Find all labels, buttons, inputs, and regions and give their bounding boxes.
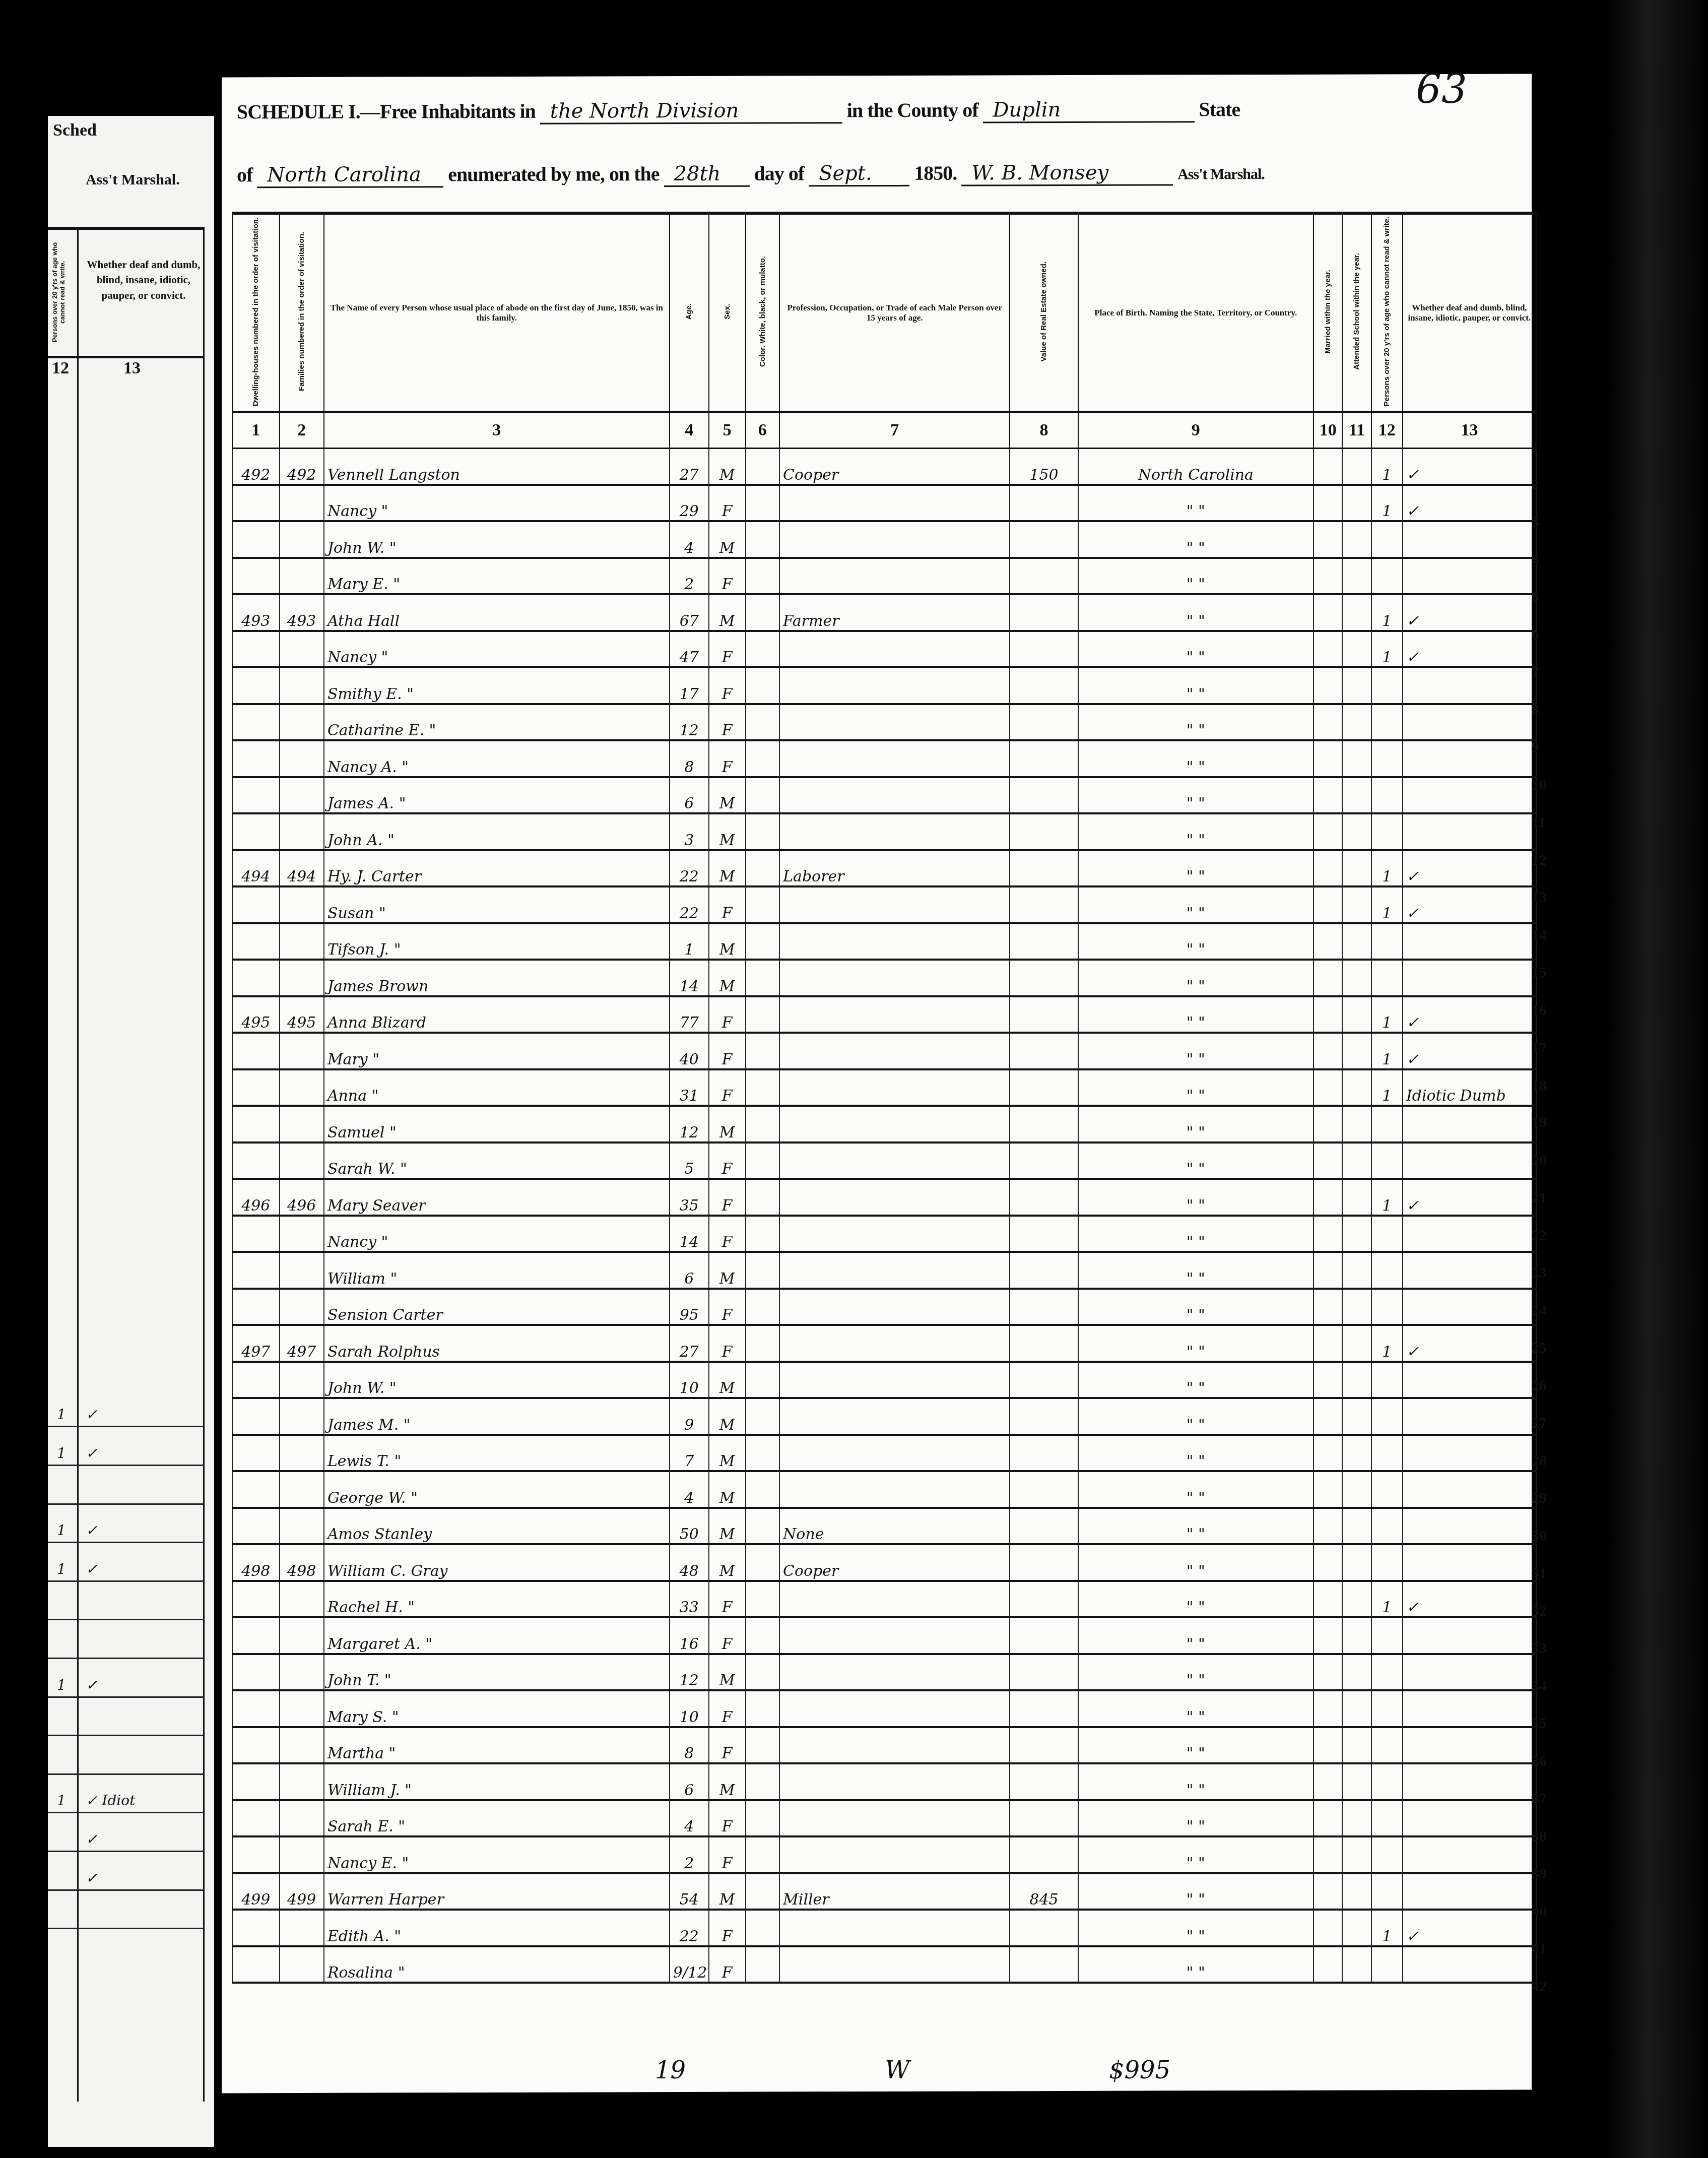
cell-cannot-read [1371, 1106, 1403, 1143]
cell-sex: F [709, 1617, 746, 1654]
cell-name: Mary " [324, 1033, 670, 1069]
cell-married [1313, 1033, 1342, 1069]
table-row: Catharine E. "12F" " [232, 704, 1536, 741]
cell-cannot-read: 1 [1371, 449, 1403, 485]
cell-dwelling: 492 [232, 449, 280, 485]
cell-age: 54 [670, 1873, 709, 1910]
table-row: 493493Atha Hall67MFarmer" "1✓ [232, 594, 1536, 631]
cell-cannot-read [1371, 1617, 1403, 1654]
cell-color [746, 704, 780, 741]
cell-condition [1403, 813, 1536, 850]
cell-sex: F [709, 704, 746, 741]
cell-married [1313, 1435, 1342, 1472]
cell-occupation: Cooper [779, 449, 1010, 485]
left-col-number-12: 12 [52, 359, 69, 378]
cell-birthplace: " " [1078, 1910, 1314, 1946]
cell-occupation [779, 1362, 1010, 1399]
cell-condition [1403, 1435, 1536, 1472]
cell-family [280, 740, 324, 777]
cell-age: 1 [670, 923, 709, 960]
cell-married [1313, 1179, 1342, 1216]
cell-age: 47 [670, 631, 709, 668]
cell-cannot-read [1371, 704, 1403, 741]
cell-real-estate [1010, 996, 1078, 1033]
cell-name: Martha " [324, 1727, 670, 1764]
cell-birthplace: " " [1078, 667, 1314, 704]
cell-cannot-read [1371, 1289, 1403, 1325]
year-label: 1850. [914, 162, 957, 184]
cell-sex: F [709, 740, 746, 777]
cell-dwelling [232, 740, 280, 777]
table-row: Mary "40F" "1✓ [232, 1033, 1536, 1069]
line-number: 8 [1532, 702, 1562, 719]
cell-color [746, 1471, 780, 1508]
cell-school [1342, 1179, 1371, 1216]
cell-color [746, 667, 780, 704]
cell-condition [1403, 1654, 1536, 1691]
left-row: 1✓ [48, 1543, 204, 1582]
cell-married [1313, 1581, 1342, 1618]
cell-sex: M [709, 594, 746, 631]
column-header-label: Attended School within the year. [1352, 253, 1361, 370]
cell-age: 14 [670, 1216, 709, 1252]
column-header-3: The Name of every Person whose usual pla… [324, 213, 670, 412]
column-header-10: Married within the year. [1313, 213, 1342, 412]
cell-birthplace: " " [1078, 1069, 1314, 1106]
cell-color [746, 558, 780, 595]
cell-dwelling [232, 1033, 280, 1069]
cell-name: Atha Hall [324, 594, 670, 631]
column-header-label: Place of Birth. Naming the State, Territ… [1094, 308, 1297, 318]
cell-cannot-read [1371, 1398, 1403, 1435]
cell-color [746, 485, 780, 522]
cell-condition: ✓ [1403, 485, 1536, 522]
cell-real-estate [1010, 704, 1078, 741]
cell-birthplace: " " [1078, 1325, 1314, 1362]
cell-dwelling [232, 1471, 280, 1508]
cell-real-estate [1010, 923, 1078, 960]
cell-sex: F [709, 1910, 746, 1946]
cell-name: Edith A. " [324, 1910, 670, 1946]
cell-age: 7 [670, 1435, 709, 1472]
table-row: James Brown14M" " [232, 960, 1536, 996]
cell-school [1342, 813, 1371, 850]
left-cell-col13: ✓ [86, 1445, 97, 1462]
table-row: Rachel H. "33F" "1✓ [232, 1581, 1536, 1618]
cell-real-estate [1010, 1800, 1078, 1837]
cell-age: 50 [670, 1508, 709, 1545]
cell-dwelling: 495 [232, 996, 280, 1033]
cell-birthplace: " " [1078, 1836, 1314, 1873]
cell-school [1342, 1836, 1371, 1873]
cell-dwelling [232, 1216, 280, 1252]
cell-real-estate [1010, 1946, 1078, 1983]
column-number-10: 10 [1313, 412, 1342, 449]
cell-birthplace: " " [1078, 1362, 1314, 1399]
cell-school [1342, 1143, 1371, 1179]
table-row: Nancy "29F" "1✓ [232, 485, 1536, 522]
cell-cannot-read [1371, 1544, 1403, 1581]
cell-dwelling [232, 485, 280, 522]
cell-sex: M [709, 1106, 746, 1143]
cell-age: 27 [670, 449, 709, 485]
cell-color [746, 1252, 780, 1289]
left-cell-col13: ✓ [86, 1522, 97, 1539]
cell-name: George W. " [324, 1471, 670, 1508]
cell-sex: F [709, 558, 746, 595]
cell-condition [1403, 777, 1536, 814]
column-number-12: 12 [1371, 412, 1403, 449]
cell-color [746, 1800, 780, 1837]
cell-occupation [779, 558, 1010, 595]
cell-color [746, 777, 780, 814]
left-row [48, 1891, 204, 1930]
cell-name: Nancy " [324, 485, 670, 522]
cell-sex: F [709, 1581, 746, 1618]
cell-family: 497 [280, 1325, 324, 1362]
cell-color [746, 1216, 780, 1252]
cell-real-estate [1010, 850, 1078, 887]
cell-condition: ✓ [1403, 1581, 1536, 1618]
line-number: 16 [1532, 1002, 1562, 1019]
cell-name: Vennell Langston [324, 449, 670, 485]
cell-dwelling: 494 [232, 850, 280, 887]
cell-sex: M [709, 449, 746, 485]
tally-mid: W [885, 2056, 909, 2084]
cell-sex: M [709, 1544, 746, 1581]
column-header-label: Whether deaf and dumb, blind, insane, id… [1408, 303, 1531, 323]
cell-occupation [779, 1398, 1010, 1435]
cell-family [280, 777, 324, 814]
line-number: 2 [1532, 476, 1562, 493]
cell-birthplace: " " [1078, 521, 1314, 558]
cell-age: 40 [670, 1033, 709, 1069]
cell-age: 22 [670, 850, 709, 887]
cell-birthplace: " " [1078, 594, 1314, 631]
cell-condition [1403, 1508, 1536, 1545]
cell-occupation [779, 631, 1010, 668]
cell-age: 9 [670, 1398, 709, 1435]
division-field: the North Division [540, 99, 842, 124]
cell-age: 10 [670, 1362, 709, 1399]
cell-age: 8 [670, 1727, 709, 1764]
table-row: 498498William C. Gray48MCooper" " [232, 1544, 1536, 1581]
cell-occupation: Farmer [779, 594, 1010, 631]
header-line-2: of North Carolina enumerated by me, on t… [237, 160, 1265, 188]
left-cell-col12: 1 [57, 1792, 66, 1809]
cell-condition: ✓ [1403, 1033, 1536, 1069]
cell-birthplace: " " [1078, 813, 1314, 850]
line-number: 7 [1532, 664, 1562, 681]
cell-family: 492 [280, 449, 324, 485]
cell-cannot-read [1371, 777, 1403, 814]
left-rows: 1✓1✓1✓1✓1✓1✓ Idiot✓✓ [48, 391, 204, 1929]
cell-sex: F [709, 485, 746, 522]
cell-name: Warren Harper [324, 1873, 670, 1910]
cell-school [1342, 1617, 1371, 1654]
tally-total: $995 [1109, 2056, 1170, 2084]
cell-age: 35 [670, 1179, 709, 1216]
table-row: 495495Anna Blizard77F" "1✓ [232, 996, 1536, 1033]
cell-family [280, 813, 324, 850]
cell-real-estate [1010, 1690, 1078, 1727]
line-number: 4 [1532, 551, 1562, 568]
cell-family [280, 1216, 324, 1252]
tally-left: 19 [655, 2056, 686, 2084]
cell-real-estate [1010, 1216, 1078, 1252]
cell-name: Sarah W. " [324, 1143, 670, 1179]
line-number: 40 [1532, 1903, 1562, 1920]
line-number: 15 [1532, 964, 1562, 981]
cell-real-estate [1010, 740, 1078, 777]
cell-occupation [779, 1179, 1010, 1216]
cell-dwelling [232, 1910, 280, 1946]
left-row: 1✓ [48, 1427, 204, 1466]
cell-cannot-read [1371, 521, 1403, 558]
column-header-5: Sex. [709, 213, 746, 412]
table-row: William J. "6M" " [232, 1763, 1536, 1800]
cell-condition [1403, 1398, 1536, 1435]
cell-school [1342, 1581, 1371, 1618]
cell-dwelling [232, 777, 280, 814]
cell-married [1313, 960, 1342, 996]
column-header-6: Color. White, black, or mulatto. [746, 213, 780, 412]
cell-dwelling [232, 1252, 280, 1289]
cell-age: 4 [670, 1471, 709, 1508]
line-number: 38 [1532, 1828, 1562, 1845]
cell-occupation [779, 1910, 1010, 1946]
cell-family [280, 960, 324, 996]
left-cell-col13: ✓ [86, 1561, 97, 1577]
column-number-7: 7 [779, 412, 1010, 449]
cell-birthplace: " " [1078, 740, 1314, 777]
cell-birthplace: " " [1078, 923, 1314, 960]
cell-dwelling [232, 1727, 280, 1764]
cell-real-estate [1010, 1727, 1078, 1764]
cell-color [746, 449, 780, 485]
cell-name: Lewis T. " [324, 1435, 670, 1472]
cell-real-estate [1010, 1398, 1078, 1435]
column-number-11: 11 [1342, 412, 1371, 449]
cell-color [746, 1325, 780, 1362]
cell-cannot-read [1371, 1946, 1403, 1983]
cell-color [746, 1946, 780, 1983]
table-row: Sarah W. "5F" " [232, 1143, 1536, 1179]
cell-cannot-read [1371, 1143, 1403, 1179]
cell-sex: M [709, 1471, 746, 1508]
cell-married [1313, 1216, 1342, 1252]
cell-cannot-read [1371, 1727, 1403, 1764]
cell-cannot-read: 1 [1371, 1325, 1403, 1362]
cell-age: 3 [670, 813, 709, 850]
cell-married [1313, 1763, 1342, 1800]
cell-color [746, 1508, 780, 1545]
table-row: Lewis T. "7M" " [232, 1435, 1536, 1472]
cell-condition [1403, 1544, 1536, 1581]
cell-cannot-read [1371, 923, 1403, 960]
cell-real-estate [1010, 1836, 1078, 1873]
cell-married [1313, 1836, 1342, 1873]
cell-condition [1403, 1946, 1536, 1983]
left-cell-col12: 1 [57, 1406, 66, 1423]
left-cell-col13: ✓ [86, 1406, 97, 1423]
cell-birthplace: " " [1078, 850, 1314, 887]
table-row: John A. "3M" " [232, 813, 1536, 850]
cell-occupation [779, 996, 1010, 1033]
cell-name: Amos Stanley [324, 1508, 670, 1545]
cell-occupation [779, 1800, 1010, 1837]
left-cell-col12: 1 [57, 1561, 66, 1577]
column-number-3: 3 [324, 412, 670, 449]
cell-dwelling: 496 [232, 1179, 280, 1216]
cell-family [280, 1727, 324, 1764]
cell-family: 499 [280, 1873, 324, 1910]
cell-occupation [779, 1069, 1010, 1106]
cell-color [746, 1143, 780, 1179]
left-cell-col12: 1 [57, 1445, 66, 1462]
line-number: 37 [1532, 1790, 1562, 1807]
cell-school [1342, 777, 1371, 814]
cell-condition [1403, 1617, 1536, 1654]
line-number: 33 [1532, 1640, 1562, 1657]
column-number-2: 2 [280, 412, 324, 449]
cell-school [1342, 1910, 1371, 1946]
left-row [48, 1582, 204, 1621]
cell-family [280, 1106, 324, 1143]
cell-school [1342, 1252, 1371, 1289]
cell-cannot-read: 1 [1371, 485, 1403, 522]
cell-cannot-read [1371, 667, 1403, 704]
cell-age: 12 [670, 1654, 709, 1691]
cell-sex: F [709, 667, 746, 704]
left-cell-col12: 1 [57, 1677, 66, 1693]
cell-name: Hy. J. Carter [324, 850, 670, 887]
stamped-page-number: 63 [1416, 66, 1467, 112]
cell-condition: ✓ [1403, 1179, 1536, 1216]
cell-sex: M [709, 1873, 746, 1910]
table-row: Sarah E. "4F" " [232, 1800, 1536, 1837]
left-cell-col12: 1 [57, 1522, 66, 1539]
cell-occupation [779, 1325, 1010, 1362]
cell-family [280, 1690, 324, 1727]
column-header-label: Color. White, black, or mulatto. [758, 256, 767, 367]
cell-age: 5 [670, 1143, 709, 1179]
cell-birthplace: " " [1078, 1873, 1314, 1910]
table-row: Martha "8F" " [232, 1727, 1536, 1764]
cell-real-estate [1010, 1763, 1078, 1800]
line-number: 20 [1532, 1152, 1562, 1169]
cell-age: 31 [670, 1069, 709, 1106]
cell-color [746, 1033, 780, 1069]
cell-dwelling [232, 1690, 280, 1727]
cell-name: Mary E. " [324, 558, 670, 595]
cell-cannot-read [1371, 1508, 1403, 1545]
cell-sex: F [709, 1216, 746, 1252]
cell-family [280, 1910, 324, 1946]
book-binding [1607, 0, 1708, 2158]
table-row: 492492Vennell Langston27MCooper150North … [232, 449, 1536, 485]
cell-occupation [779, 485, 1010, 522]
left-row [48, 1466, 204, 1505]
cell-sex: F [709, 1033, 746, 1069]
cell-family [280, 1946, 324, 1983]
cell-sex: F [709, 1836, 746, 1873]
column-number-9: 9 [1078, 412, 1314, 449]
cell-dwelling [232, 558, 280, 595]
cell-dwelling [232, 1435, 280, 1472]
cell-cannot-read [1371, 813, 1403, 850]
cell-occupation [779, 813, 1010, 850]
cell-cannot-read [1371, 1435, 1403, 1472]
cell-school [1342, 1800, 1371, 1837]
left-row: 1✓ [48, 1659, 204, 1698]
cell-birthplace: North Carolina [1078, 449, 1314, 485]
cell-married [1313, 1800, 1342, 1837]
cell-real-estate [1010, 1325, 1078, 1362]
cell-condition: ✓ [1403, 850, 1536, 887]
cell-cannot-read [1371, 1873, 1403, 1910]
cell-birthplace: " " [1078, 1252, 1314, 1289]
cell-condition [1403, 1763, 1536, 1800]
cell-age: 2 [670, 1836, 709, 1873]
cell-dwelling: 493 [232, 594, 280, 631]
cell-color [746, 631, 780, 668]
column-header-8: Value of Real Estate owned. [1010, 213, 1078, 412]
cell-cannot-read: 1 [1371, 886, 1403, 923]
cell-family [280, 1252, 324, 1289]
cell-condition [1403, 1873, 1536, 1910]
cell-dwelling [232, 667, 280, 704]
cell-school [1342, 740, 1371, 777]
cell-color [746, 1763, 780, 1800]
line-number: 11 [1532, 814, 1562, 831]
cell-sex: M [709, 777, 746, 814]
cell-age: 22 [670, 886, 709, 923]
schedule-label: SCHEDULE I.—Free Inhabitants in [237, 100, 536, 123]
cell-cannot-read [1371, 1690, 1403, 1727]
cell-cannot-read [1371, 1763, 1403, 1800]
cell-dwelling [232, 1069, 280, 1106]
cell-color [746, 850, 780, 887]
cell-real-estate [1010, 1179, 1078, 1216]
cell-family [280, 485, 324, 522]
left-col13-header: Whether deaf and dumb, blind, insane, id… [83, 257, 204, 303]
cell-dwelling [232, 813, 280, 850]
cell-real-estate [1010, 1106, 1078, 1143]
cell-school [1342, 1946, 1371, 1983]
cell-married [1313, 594, 1342, 631]
line-number: 31 [1532, 1565, 1562, 1582]
cell-dwelling [232, 1398, 280, 1435]
line-number: 1 [1532, 438, 1562, 456]
cell-real-estate [1010, 960, 1078, 996]
table-row: Sension Carter95F" " [232, 1289, 1536, 1325]
cell-real-estate [1010, 1654, 1078, 1691]
left-row [48, 1736, 204, 1775]
cell-married [1313, 449, 1342, 485]
cell-family [280, 1362, 324, 1399]
cell-cannot-read [1371, 1362, 1403, 1399]
cell-color [746, 1617, 780, 1654]
cell-color [746, 1398, 780, 1435]
cell-real-estate [1010, 1508, 1078, 1545]
cell-family [280, 1143, 324, 1179]
line-number: 28 [1532, 1452, 1562, 1470]
cell-school [1342, 1362, 1371, 1399]
cell-cannot-read: 1 [1371, 850, 1403, 887]
cell-condition [1403, 740, 1536, 777]
cell-married [1313, 1362, 1342, 1399]
